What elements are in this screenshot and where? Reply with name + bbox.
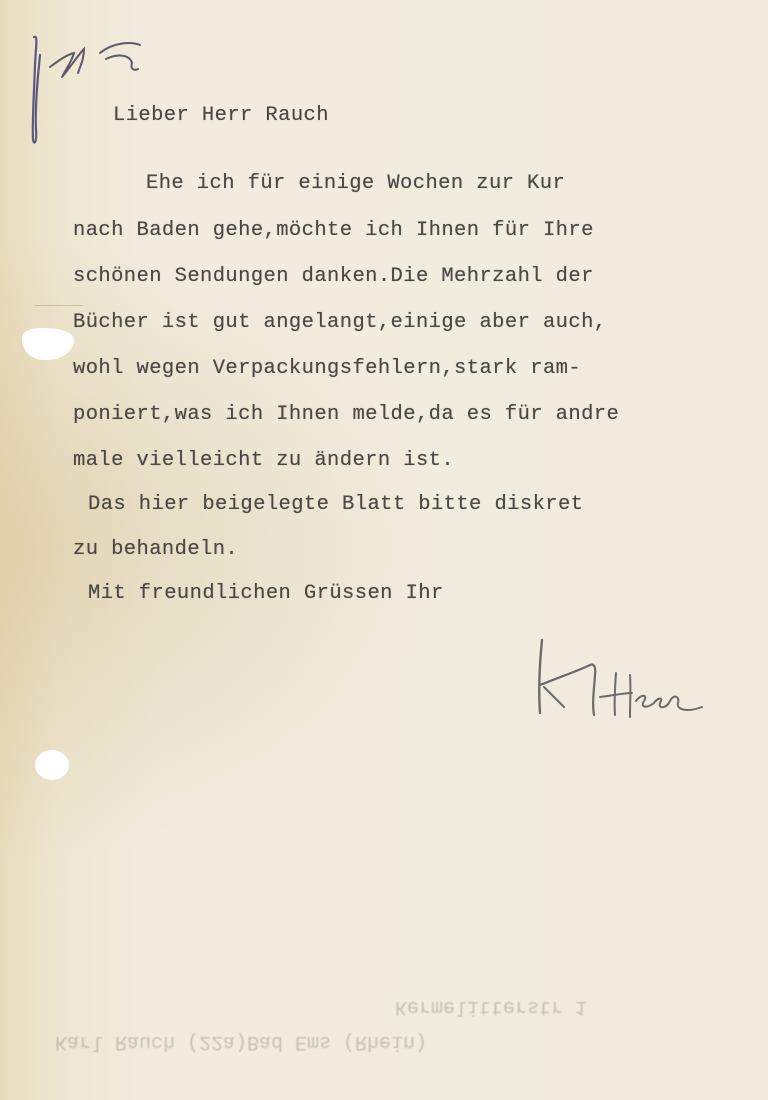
punch-hole-bottom — [35, 750, 69, 780]
letter-greeting: Lieber Herr Rauch — [113, 104, 329, 127]
body-line-2: nach Baden gehe,möchte ich Ihnen für Ihr… — [73, 219, 594, 242]
body-line-6: poniert,was ich Ihnen melde,da es für an… — [73, 403, 619, 426]
body-line-9: zu behandeln. — [73, 538, 238, 561]
body-line-3: schönen Sendungen danken.Die Mehrzahl de… — [73, 265, 594, 288]
closing-line: Mit freundlichen Grüssen Ihr — [88, 582, 444, 605]
mirrored-address-line-2: Karl Rauch (22a)Bad Ems (Rhein) — [55, 1030, 427, 1053]
handwritten-initials-icon — [22, 25, 152, 150]
body-line-5: wohl wegen Verpackungsfehlern,stark ram- — [73, 357, 581, 380]
body-line-1: Ehe ich für einige Wochen zur Kur — [146, 172, 565, 195]
body-line-7: male vielleicht zu ändern ist. — [73, 449, 454, 472]
body-line-4: Bücher ist gut angelangt,einige aber auc… — [73, 311, 606, 334]
pencil-signature-icon — [530, 635, 720, 725]
mirrored-address-line-1: Kermelitterstr 1 — [395, 995, 587, 1018]
letter-page: Lieber Herr Rauch Ehe ich für einige Woc… — [0, 0, 768, 1100]
body-line-8: Das hier beigelegte Blatt bitte diskret — [88, 493, 583, 516]
punch-hole-top — [22, 328, 74, 360]
